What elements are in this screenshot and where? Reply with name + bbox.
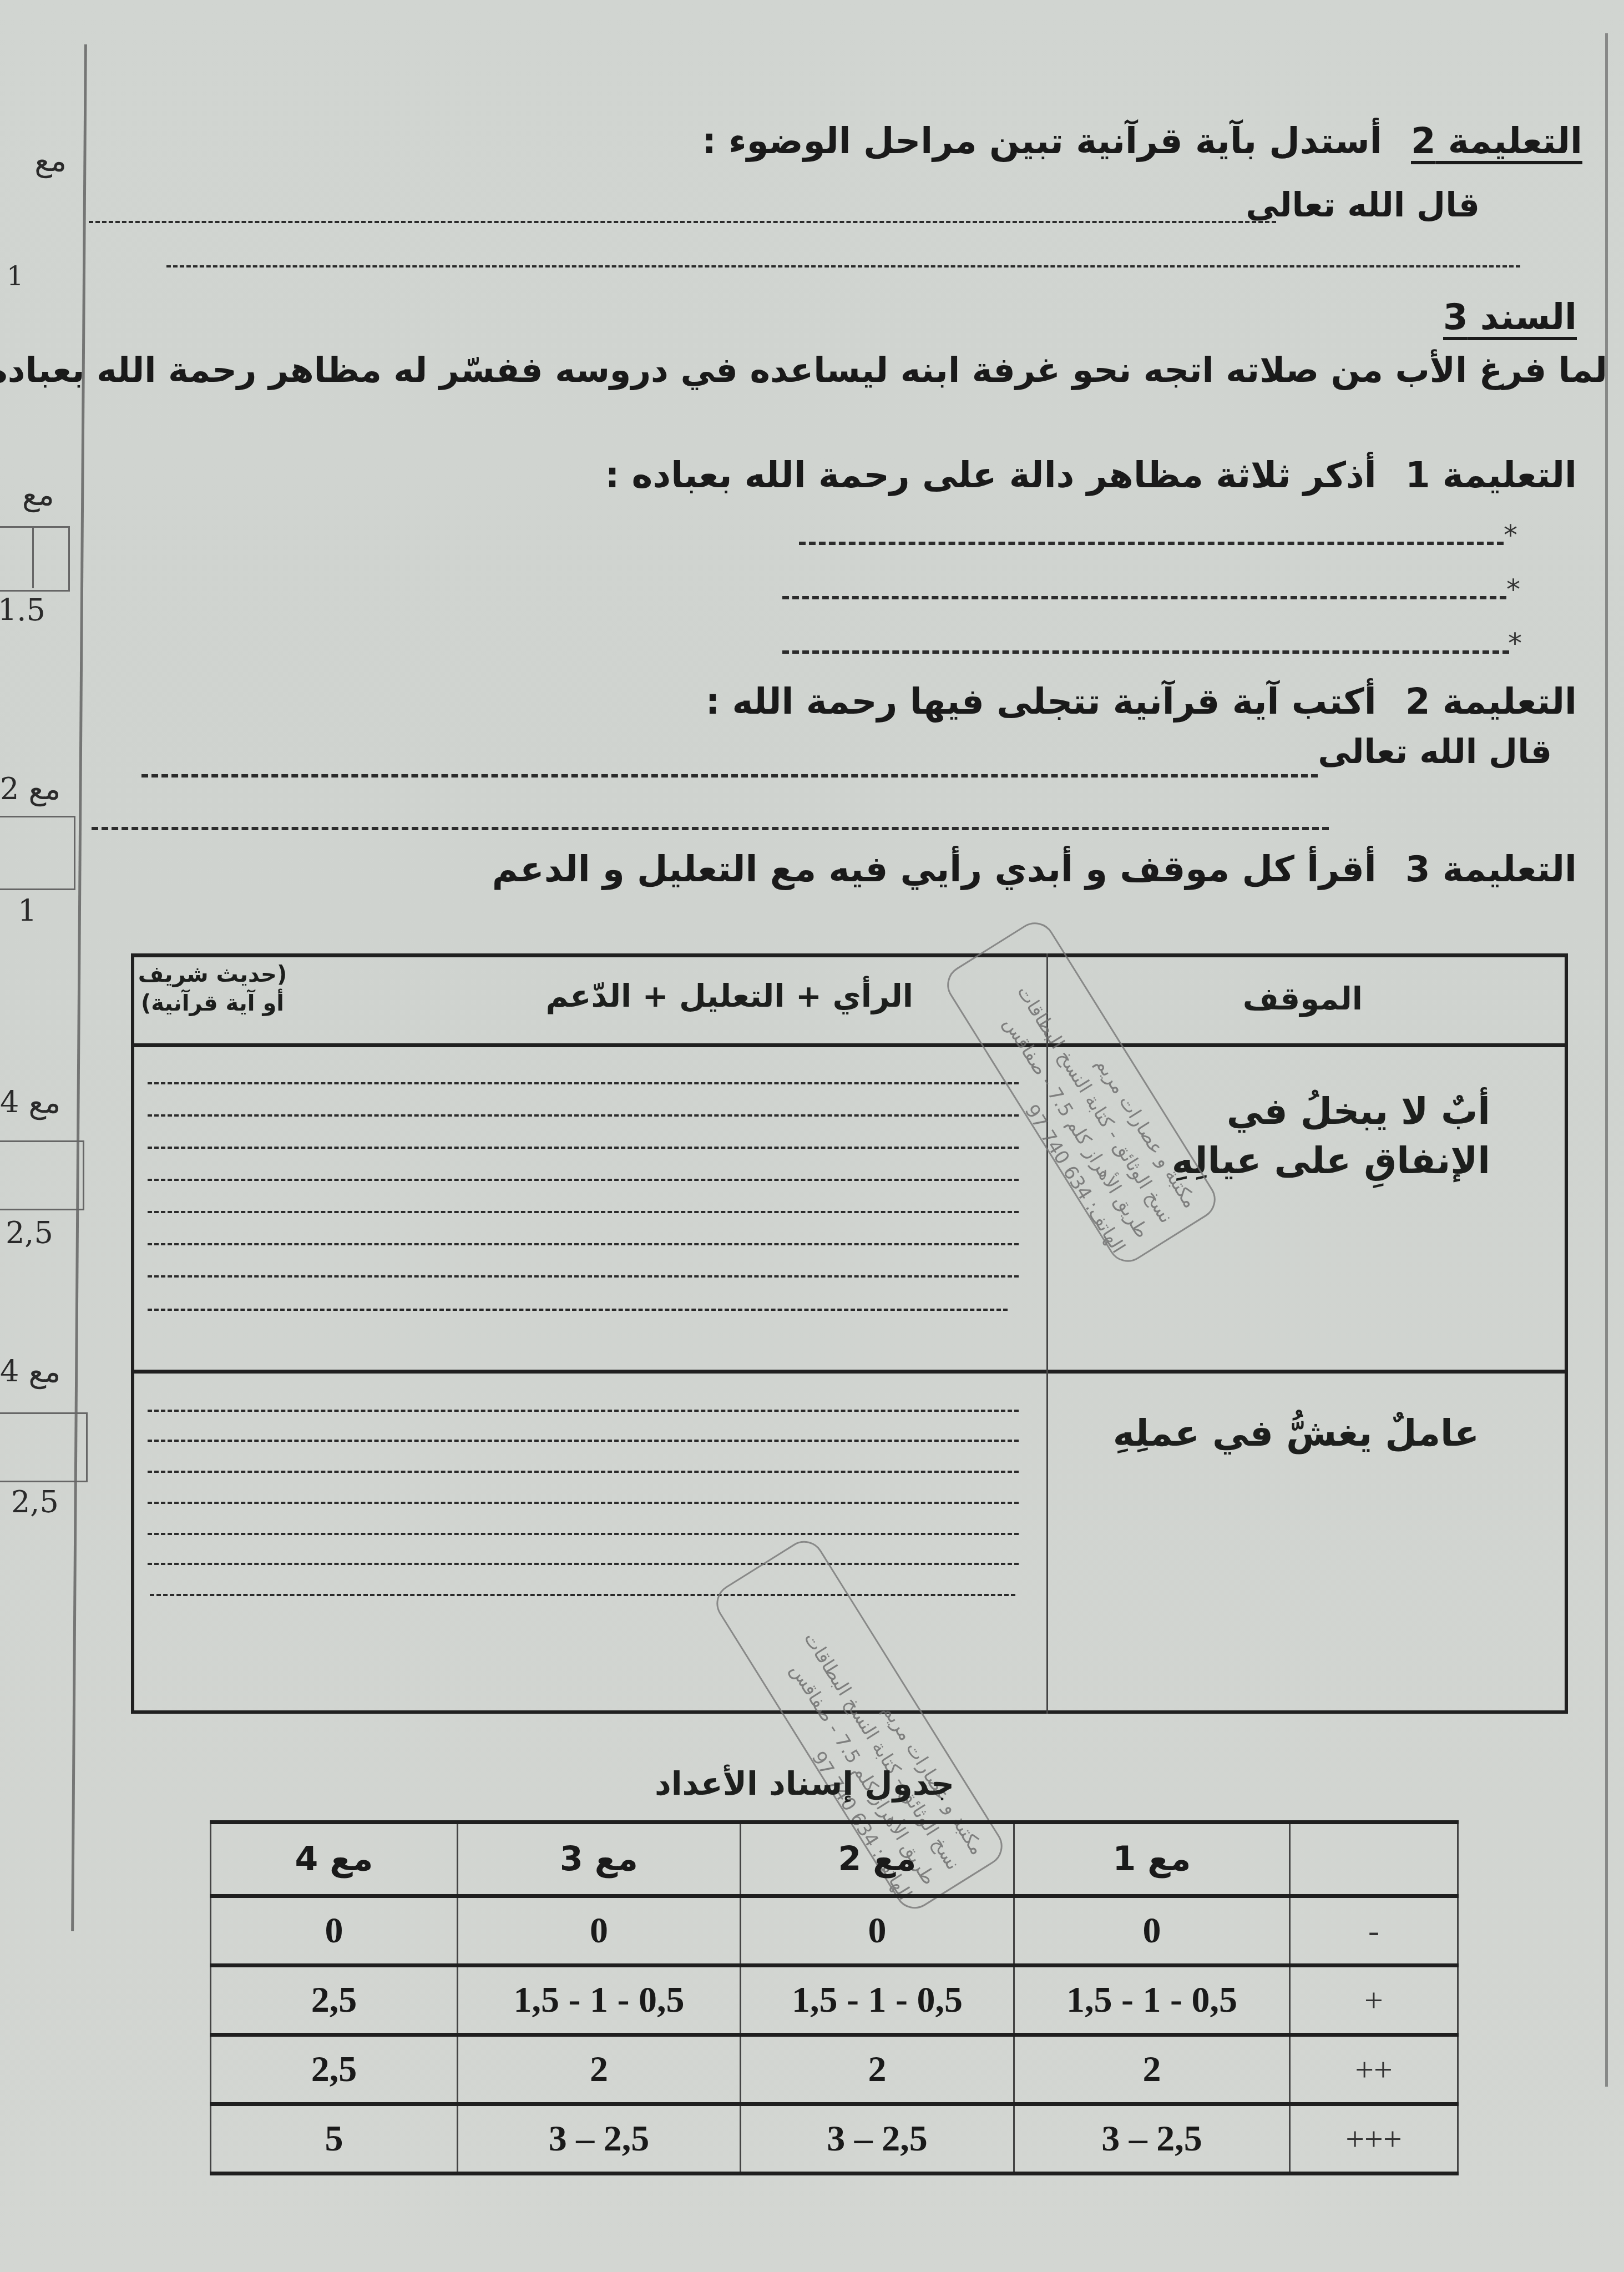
margin-score-2: مع: [22, 477, 54, 512]
col-header: مع 1: [1014, 1822, 1290, 1896]
table-row: 5 3 – 2,5 3 – 2,5 3 – 2,5 +++: [211, 2104, 1458, 2174]
table-cell: 0: [1014, 1896, 1290, 1966]
level-symbol: ++: [1290, 2035, 1458, 2104]
instruction-text: أستدل بآية قرآنية تبين مراحل الوضوء :: [702, 121, 1382, 162]
score-box[interactable]: [0, 816, 75, 890]
document-title: السند 3: [1443, 297, 1577, 338]
answer-line[interactable]: [799, 542, 1504, 545]
bullet-star: *: [1504, 519, 1517, 551]
margin-score-1: مع: [17, 143, 67, 178]
table-cell: 0: [211, 1896, 458, 1966]
table-cell: 5: [211, 2104, 458, 2174]
col-header: مع 2: [741, 1822, 1014, 1896]
exam-page: مع 1 مع 1.5 مع 2 1 مع 4 2,5 مع 4 2,5 الت…: [0, 0, 1624, 2272]
score-box[interactable]: [0, 1412, 88, 1482]
table-row: 2,5 1,5 - 1 - 0,5 1,5 - 1 - 0,5 1,5 - 1 …: [211, 1966, 1458, 2035]
answer-line[interactable]: [148, 1179, 1019, 1181]
instruction-text: أكتب آية قرآنية تتجلى فيها رحمة الله :: [706, 681, 1377, 723]
table-cell: 2,5: [211, 1966, 458, 2035]
instruction-1: التعليمة 1 أذكر ثلاثة مظاهر دالة على رحم…: [605, 455, 1577, 496]
grading-table: مع 4 مع 3 مع 2 مع 1 0 0 0 0 - 2,5 1,5 - …: [210, 1820, 1459, 2175]
table-cell: 1,5 - 1 - 0,5: [1014, 1966, 1290, 2035]
margin-score-4-value: 2,5: [6, 1215, 53, 1250]
margin-divider: [71, 44, 87, 1931]
table-cell: 1,5 - 1 - 0,5: [741, 1966, 1014, 2035]
answer-line[interactable]: [92, 827, 1329, 830]
score-box-divider: [32, 526, 34, 588]
table-row: 2,5 2 2 2 ++: [211, 2035, 1458, 2104]
score-label: مع 4: [0, 1354, 60, 1389]
margin-score-4: مع 4: [0, 1085, 60, 1120]
score-box[interactable]: [0, 1140, 84, 1210]
answer-line[interactable]: [782, 650, 1509, 654]
col-header: [1290, 1822, 1458, 1896]
level-symbol: -: [1290, 1896, 1458, 1966]
bullet-star: *: [1506, 573, 1520, 605]
instruction-tag: التعليمة 1: [1405, 455, 1577, 496]
table-cell: 3 – 2,5: [1014, 2104, 1290, 2174]
header-position: الموقف: [1243, 981, 1363, 1017]
instruction-tag: التعليمة 2: [1405, 681, 1577, 723]
answer-line[interactable]: [148, 1082, 1019, 1084]
answer-line[interactable]: [148, 1243, 1019, 1245]
answer-line[interactable]: [148, 1211, 1019, 1213]
margin-score-5: مع 4: [0, 1354, 60, 1389]
instruction-top: التعليمة 2 أستدل بآية قرآنية تبين مراحل …: [702, 121, 1582, 162]
table-row: 0 0 0 0 -: [211, 1896, 1458, 1966]
col-header: مع 3: [458, 1822, 741, 1896]
answer-line[interactable]: [148, 1502, 1019, 1504]
instruction-text: أقرأ كل موقف و أبدي رأيي فيه مع التعليل …: [492, 849, 1377, 890]
score-label: مع 2: [0, 771, 60, 806]
answer-line[interactable]: [148, 1410, 1019, 1412]
grading-table-title: جدول إسناد الأعداد: [555, 1765, 1054, 1803]
margin-score-3-value: 1: [18, 893, 37, 928]
table-cell: 2: [1014, 2035, 1290, 2104]
margin-score-1-value: 1: [7, 261, 24, 292]
answer-line[interactable]: [148, 1275, 1019, 1278]
margin-score-5-value: 2,5: [11, 1485, 59, 1519]
instruction-text: أذكر ثلاثة مظاهر دالة على رحمة الله بعبا…: [605, 455, 1377, 496]
score-label: مع: [17, 143, 67, 178]
table-cell: 0: [458, 1896, 741, 1966]
level-symbol: +++: [1290, 2104, 1458, 2174]
grading-header-row: مع 4 مع 3 مع 2 مع 1: [211, 1822, 1458, 1896]
answer-line[interactable]: [141, 774, 1318, 777]
score-label: مع: [22, 477, 54, 512]
answer-line[interactable]: [89, 221, 1276, 223]
table-cell: 3 – 2,5: [458, 2104, 741, 2174]
header-support-note: (حديث شريف أو آية قرآنية): [138, 960, 287, 1018]
table-cell: 1,5 - 1 - 0,5: [458, 1966, 741, 2035]
quran-label: قال الله تعالى: [1246, 186, 1480, 225]
table-cell: 3 – 2,5: [741, 2104, 1014, 2174]
level-symbol: +: [1290, 1966, 1458, 2035]
answer-line[interactable]: [782, 596, 1506, 599]
instruction-tag: التعليمة 2: [1411, 121, 1582, 162]
col-header: مع 4: [211, 1822, 458, 1896]
quran-label: قال الله تعالى: [1318, 733, 1552, 771]
table-cell: 2: [741, 2035, 1014, 2104]
bullet-star: *: [1508, 627, 1522, 659]
answer-line[interactable]: [148, 1147, 1019, 1149]
instruction-3: التعليمة 3 أقرأ كل موقف و أبدي رأيي فيه …: [492, 849, 1577, 890]
answer-line[interactable]: [148, 1471, 1019, 1473]
answer-line[interactable]: [148, 1114, 1019, 1117]
margin-score-3: مع 2: [0, 771, 60, 806]
table-cell: 2,5: [211, 2035, 458, 2104]
instruction-2: التعليمة 2 أكتب آية قرآنية تتجلى فيها رح…: [706, 681, 1577, 723]
table-row-divider: [131, 1370, 1568, 1374]
document-3-title: السند 3: [1443, 297, 1577, 338]
margin-score-2-value: 1.5: [0, 593, 45, 628]
answer-line[interactable]: [148, 1309, 1008, 1311]
position-2: عاملٌ يغشُّ في عملِهِ: [1035, 1408, 1479, 1458]
answer-line[interactable]: [148, 1440, 1019, 1442]
table-header-divider: [131, 1043, 1568, 1047]
score-label: مع 4: [0, 1085, 60, 1120]
answer-line[interactable]: [150, 1594, 1015, 1596]
header-opinion: الرأي + التعليل + الدّعم: [545, 978, 913, 1014]
answer-line[interactable]: [166, 265, 1520, 267]
score-box[interactable]: [0, 526, 70, 592]
table-cell: 0: [741, 1896, 1014, 1966]
page-border-right: [1605, 33, 1608, 2087]
document-3-text: لما فرغ الأب من صلاته اتجه نحو غرفة ابنه…: [0, 350, 1607, 390]
instruction-tag: التعليمة 3: [1405, 849, 1577, 890]
answer-line[interactable]: [148, 1533, 1019, 1535]
answer-line[interactable]: [148, 1563, 1019, 1565]
table-cell: 2: [458, 2035, 741, 2104]
